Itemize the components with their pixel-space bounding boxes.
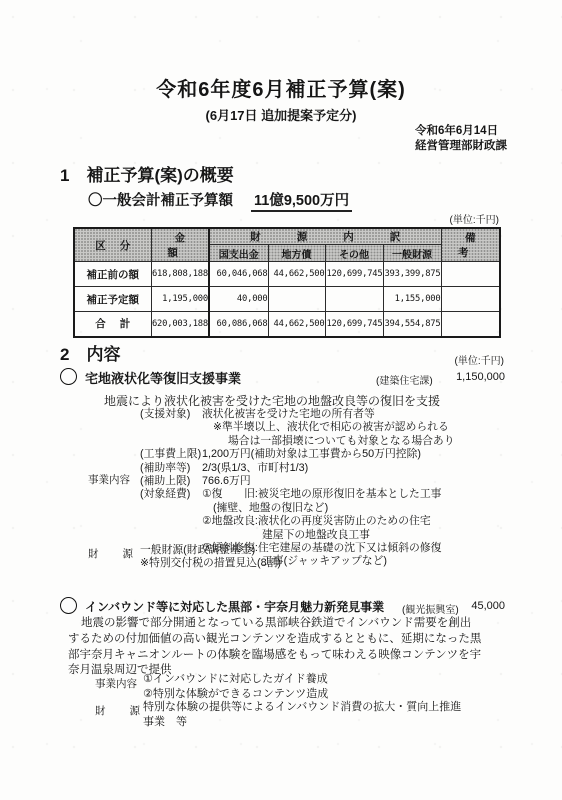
scanned-budget-document: 令和6年度6月補正予算(案) (6月17日 追加提案予定分) 令和6年6月14日… xyxy=(0,0,562,800)
detail-line: (対象経費)①復 旧:被災宅地の原形復旧を基本とした工事 xyxy=(140,488,455,501)
detail-line: (擁壁、地盤の復旧など) xyxy=(140,502,455,515)
project2-title: インバウンド等に対応した黒部・宇奈月魅力新発見事業 xyxy=(85,598,384,615)
detail-line: (支援対象)液状化被害を受けた宅地の所有者等 xyxy=(140,408,455,421)
source-line: 事業 等 xyxy=(143,715,461,730)
project2-content-label: 事業内容 xyxy=(95,676,137,691)
detail-line: (補助率等)2/3(県1/3、市町村1/3) xyxy=(140,462,455,475)
row-label: 合計 xyxy=(74,312,151,337)
cell-other xyxy=(325,287,383,312)
cell-bond xyxy=(268,287,325,312)
detail-line: ※準半壊以上、液状化で相応の被害が認められる xyxy=(140,421,455,434)
general-account-amount: 11億9,500万円 xyxy=(251,193,352,212)
cell-bond: 44,662,500 xyxy=(268,262,325,287)
circle-marker-icon xyxy=(60,368,77,385)
cell-general: 394,554,875 xyxy=(383,312,441,337)
detail-line: (補助上限)766.6万円 xyxy=(140,475,455,488)
project1-title: 宅地液状化等復旧支援事業 xyxy=(85,368,241,387)
detail-line: 場合は一部損壊についても対象となる場合あり xyxy=(140,435,455,448)
page-title: 令和6年度6月補正予算(案) xyxy=(0,73,562,102)
detail-line: 建屋下の地盤改良工事 xyxy=(140,529,455,542)
project2-content-lines: ①インバウンドに対応したガイド養成 ②特別な体験ができるコンテンツ造成 xyxy=(143,672,328,702)
cell-national: 60,046,068 xyxy=(209,262,268,287)
project1-amount: 1,150,000 xyxy=(415,371,505,383)
project2-source-lines: 特別な体験の提供等によるインバウンド消費の拡大・質向上推進 事業 等 xyxy=(143,700,461,729)
unit-note-table: (単位:千円) xyxy=(450,211,499,226)
source-line: 一般財源(財政調整基金) xyxy=(140,544,281,557)
col-breakdown: 財源内訳 xyxy=(209,228,441,245)
general-account-line: 〇一般会計補正予算額11億9,500万円 xyxy=(88,189,352,210)
table-row-before: 補正前の額 618,808,188 60,046,068 44,662,500 … xyxy=(74,262,500,287)
detail-line: ②地盤改良:液状化の再度災害防止のための住宅 xyxy=(140,515,455,528)
issuing-department: 経営管理部財政課 xyxy=(415,139,507,154)
project2-summary: 地震の影響で部分開通となっている黒部峡谷鉄道でインバウンド需要を創出するための付… xyxy=(68,616,482,679)
project1-source-lines: 一般財源(財政調整基金) ※特別交付税の措置見込(8割) xyxy=(140,544,281,571)
cell-amount: 618,808,188 xyxy=(151,262,209,287)
project2-amount: 45,000 xyxy=(415,600,505,612)
cell-bond: 44,662,500 xyxy=(268,312,325,337)
col-other: その他 xyxy=(325,245,383,262)
date-block: 令和6年6月14日 経営管理部財政課 xyxy=(415,124,507,153)
cell-other: 120,699,745 xyxy=(325,312,383,337)
cell-note xyxy=(441,262,500,287)
cell-other: 120,699,745 xyxy=(325,262,383,287)
cell-note xyxy=(441,312,500,337)
cell-amount: 1,195,000 xyxy=(151,287,209,312)
unit-note-contents: (単位:千円) xyxy=(455,352,504,367)
col-general-funds: 一般財源 xyxy=(383,245,441,262)
content-line: ①インバウンドに対応したガイド養成 xyxy=(143,672,328,687)
page-subtitle: (6月17日 追加提案予定分) xyxy=(0,105,562,124)
project1-content-label: 事業内容 xyxy=(88,472,130,487)
table-row-total: 合計 620,003,188 60,086,068 44,662,500 120… xyxy=(74,312,500,337)
issue-date: 令和6年6月14日 xyxy=(415,124,507,139)
table-row-planned: 補正予定額 1,195,000 40,000 1,155,000 xyxy=(74,287,500,312)
source-line: 特別な体験の提供等によるインバウンド消費の拡大・質向上推進 xyxy=(143,700,461,715)
cell-national: 60,086,068 xyxy=(209,312,268,337)
cell-general: 1,155,000 xyxy=(383,287,441,312)
cell-note xyxy=(441,287,500,312)
table-header-row: 区分 金額 財源内訳 備考 xyxy=(74,228,500,245)
col-notes: 備考 xyxy=(441,228,500,262)
circle-marker-icon xyxy=(60,597,77,614)
cell-national: 40,000 xyxy=(209,287,268,312)
section1-heading: 1 補正予算(案)の概要 xyxy=(60,161,234,186)
cell-general: 393,399,875 xyxy=(383,262,441,287)
col-national-treasury: 国支出金 xyxy=(209,245,268,262)
source-line: ※特別交付税の措置見込(8割) xyxy=(140,557,281,570)
budget-summary-table: 区分 金額 財源内訳 備考 国支出金 地方債 その他 一般財源 補正前の額 61… xyxy=(73,227,501,338)
general-account-label: 〇一般会計補正予算額 xyxy=(88,193,233,209)
col-local-bonds: 地方債 xyxy=(268,245,325,262)
col-category: 区分 xyxy=(74,228,151,262)
cell-amount: 620,003,188 xyxy=(151,312,209,337)
row-label: 補正予定額 xyxy=(74,287,151,312)
section2-heading: 2 内容 xyxy=(60,340,120,365)
project1-summary: 地震により液状化被害を受けた宅地の地盤改良等の復旧を支援 xyxy=(104,392,440,409)
detail-line: (工事費上限)1,200万円(補助対象は工事費から50万円控除) xyxy=(140,448,455,461)
col-amount: 金額 xyxy=(151,228,209,262)
row-label: 補正前の額 xyxy=(74,262,151,287)
